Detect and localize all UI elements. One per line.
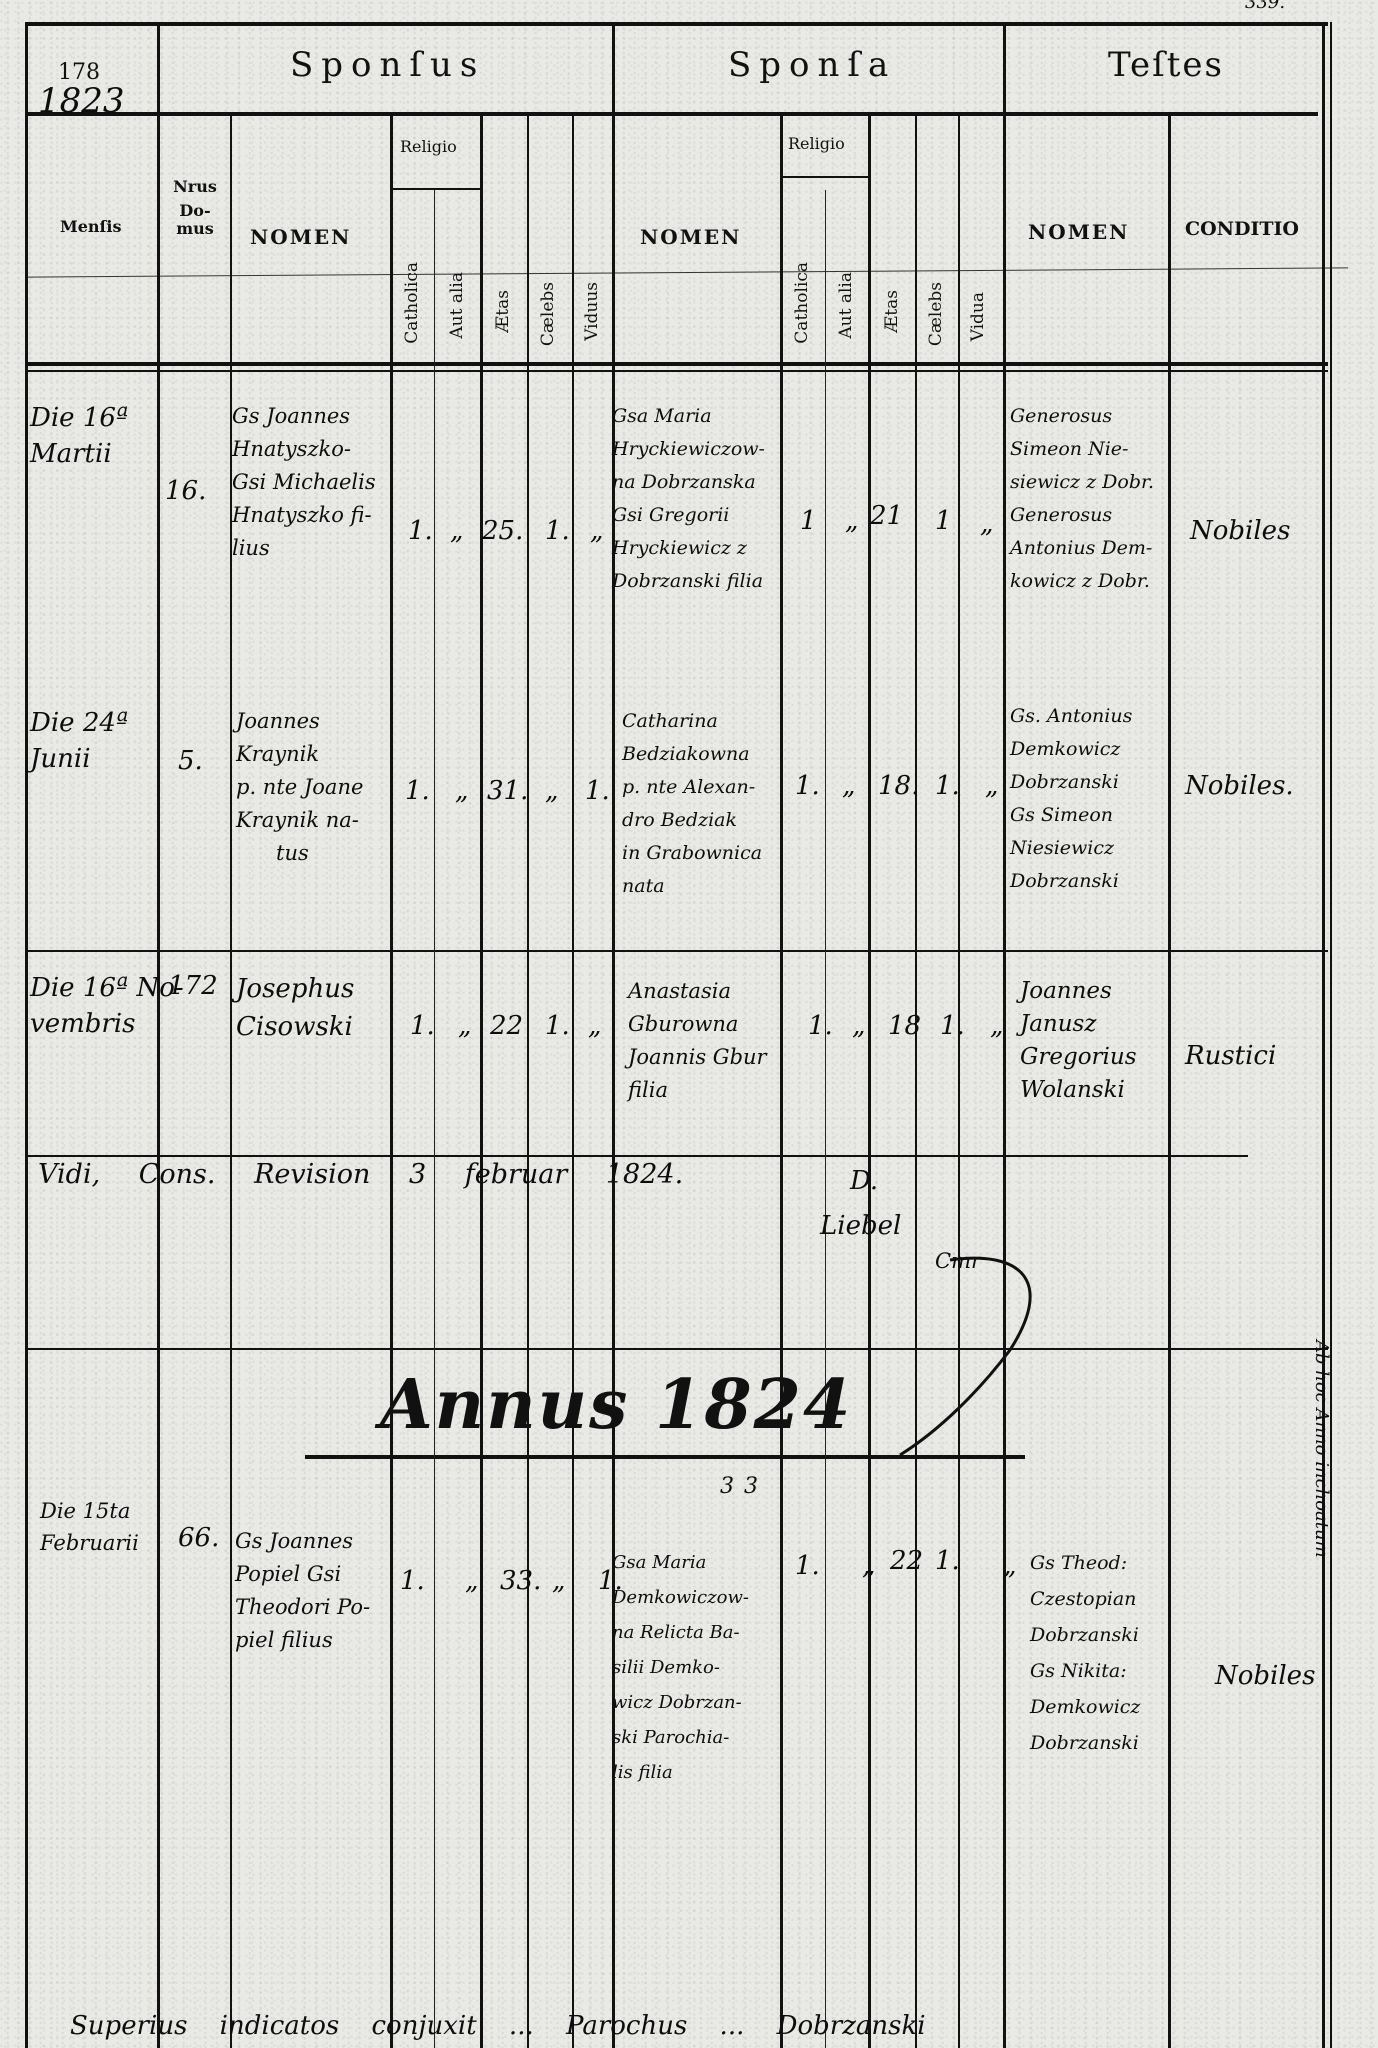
sponsus-caelebs: „: [545, 775, 558, 808]
line: Gs Simeon: [1010, 799, 1132, 832]
entry-mensis: Die 16ª No- vembris: [30, 970, 184, 1042]
line: Gsi Gregorii: [612, 499, 765, 532]
sponsus-catholica: 1.: [408, 515, 433, 548]
right-border: [1322, 22, 1325, 2048]
line: Demkowicz: [1010, 733, 1132, 766]
sponsus-aut-alia: „: [450, 515, 463, 548]
line: Dobrzanski: [1010, 766, 1132, 799]
sponsa-caelebs-right: [958, 112, 960, 2048]
signature-name: Liebel: [820, 1210, 901, 1243]
entry-month: Martii: [30, 436, 128, 472]
sponsus-caelebs: 1.: [545, 515, 570, 548]
sponsus-catholica: 1.: [410, 1010, 435, 1043]
sponsa-catholica: 1: [800, 505, 817, 538]
col-conditio: CONDITIO: [1185, 218, 1299, 240]
sponsa-aut-alia: „: [842, 770, 855, 803]
line: filia: [628, 1074, 767, 1107]
line: Joannes: [236, 705, 363, 738]
line: p. nte Joane: [236, 771, 363, 804]
line: ski Parochia-: [612, 1720, 749, 1755]
entry-testes-nomen: Generosus Simeon Nie- siewicz z Dobr. Ge…: [1010, 400, 1154, 598]
entry-day: Die 15ta: [40, 1495, 139, 1527]
sponsa-aetas: 18: [888, 1010, 921, 1043]
section-sponsa: Sponſa: [728, 45, 896, 85]
line: Gregorius: [1020, 1041, 1137, 1074]
col-sponsus-aut-alia: Aut alia: [447, 272, 467, 339]
row-divider-3: [28, 1348, 1328, 1350]
col-testes-nomen: NOMEN: [1028, 220, 1129, 244]
col-sponsa-aut-alia: Aut alia: [836, 272, 856, 339]
line: lius: [232, 532, 376, 565]
col-domus-2: mus: [170, 220, 220, 238]
line: Antonius Dem-: [1010, 532, 1154, 565]
col-religio-sponsa: Religio: [788, 134, 845, 153]
sponsa-catholica: 1.: [795, 770, 820, 803]
sponsus-viduus: „: [588, 1010, 601, 1043]
entry-day: Die 16ª No-: [30, 970, 184, 1006]
line: in Grabownica: [622, 837, 762, 870]
line: Gsa Maria: [612, 400, 765, 433]
entry-day: Die 24ª: [30, 705, 128, 741]
line: kowicz z Dobr.: [1010, 565, 1154, 598]
line: Cisowski: [236, 1008, 354, 1046]
sponsus-catholica: 1.: [400, 1565, 425, 1598]
sponsa-aut-alia: „: [852, 1010, 865, 1043]
col-mensis: Menſis: [60, 218, 122, 236]
sponsa-vidua: „: [1003, 1550, 1016, 1583]
sponsa-catholica: 1.: [808, 1010, 833, 1043]
signature-flourish-icon: [880, 1240, 1070, 1460]
line: silii Demko-: [612, 1650, 749, 1685]
entry-sponsa-nomen: Gsa Maria Demkowiczow- na Relicta Ba- si…: [612, 1545, 749, 1790]
entry-sponsa-nomen: Gsa Maria Hryckiewiczow- na Dobrzanska G…: [612, 400, 765, 598]
sponsa-caelebs: 1.: [940, 1010, 965, 1043]
entry-sponsus-nomen: Joannes Kraynik p. nte Joane Kraynik na-…: [236, 705, 363, 870]
line: Gs Nikita:: [1030, 1653, 1140, 1689]
line: Gs Joannes: [232, 400, 376, 433]
sponsus-aut-alia: „: [455, 775, 468, 808]
sponsus-aut-alia: „: [465, 1565, 478, 1598]
entry-nrus-domus: 16.: [165, 475, 206, 508]
entry-sponsa-nomen: Catharina Bedziakowna p. nte Alexan- dro…: [622, 705, 762, 903]
line: Bedziakowna: [622, 738, 762, 771]
col-sponsus-caelebs: Cælebs: [538, 282, 558, 346]
line: Gsi Michaelis: [232, 466, 376, 499]
section-testes: Teſtes: [1108, 45, 1224, 85]
entry-testes-nomen: Gs. Antonius Demkowicz Dobrzanski Gs Sim…: [1010, 700, 1132, 898]
sponsa-aetas: 21: [870, 500, 903, 533]
entry-month: vembris: [30, 1006, 184, 1042]
sponsa-caelebs: 1.: [935, 1545, 960, 1578]
line: Demkowicz: [1030, 1689, 1140, 1725]
sponsa-vidua: „: [990, 1010, 1003, 1043]
line: Gsa Maria: [612, 1545, 749, 1580]
line: wicz Dobrzan-: [612, 1685, 749, 1720]
entry-sponsus-nomen: Josephus Cisowski: [236, 970, 354, 1046]
year-heading-1824: Annus 1824: [380, 1365, 852, 1445]
line: piel filius: [235, 1624, 370, 1657]
top-rule: [28, 22, 1328, 26]
sponsa-aut-alia: „: [862, 1550, 875, 1583]
col-sponsa-catholica: Catholica: [792, 262, 812, 344]
line: Joannis Gbur: [628, 1041, 767, 1074]
col-sponsa-nomen: NOMEN: [640, 225, 741, 249]
line: Gs Theod:: [1030, 1545, 1140, 1581]
left-border: [25, 22, 28, 2048]
entry-mensis: Die 15ta Februarii: [40, 1495, 139, 1559]
col-nrus: Nrus: [170, 178, 220, 196]
col-cath-right: [434, 190, 435, 2048]
entry-nrus-domus: 5.: [178, 745, 203, 778]
sponsa-cath-right: [825, 190, 826, 2048]
entry-month: Junii: [30, 741, 128, 777]
line: Generosus: [1010, 499, 1154, 532]
signature-initial: D.: [850, 1165, 878, 1198]
sponsus-aetas: 25.: [482, 515, 523, 548]
line: Wolanski: [1020, 1074, 1137, 1107]
col-aetas-right: [527, 112, 529, 2048]
entry-conditio: Nobiles: [1215, 1660, 1315, 1693]
entry-sponsus-nomen: Gs Joannes Hnatyszko- Gsi Michaelis Hnat…: [232, 400, 376, 565]
footer-fragment: Superius indicatos conjuxit ... Parochus…: [70, 2010, 926, 2043]
revision-text: Vidi, Cons. Revision 3 februar 1824.: [38, 1158, 683, 1191]
col-sponsus-catholica: Catholica: [402, 262, 422, 344]
sponsa-aetas: 18.: [878, 770, 919, 803]
margin-note: Ab hoc Anno inchoatum: [1305, 1340, 1338, 1558]
col-nomen-right: [390, 112, 393, 2048]
entry-mensis: Die 24ª Junii: [30, 705, 128, 777]
col-sponsus-nomen: NOMEN: [250, 225, 351, 249]
entry-conditio: Rustici: [1185, 1040, 1276, 1073]
sponsus-catholica: 1.: [405, 775, 430, 808]
sponsus-aetas: 33.: [500, 1565, 541, 1598]
header-bottom-rule-2: [28, 370, 1328, 372]
col-caelebs-right: [572, 112, 574, 2048]
faint-rule: [28, 267, 1348, 277]
entry-nrus-domus: 172: [168, 970, 218, 1003]
page-number-1824: 33: [720, 1470, 768, 1503]
line: Simeon Nie-: [1010, 433, 1154, 466]
line: Joannes: [1020, 975, 1137, 1008]
entry-testes-nomen: Gs Theod: Czestopian Dobrzanski Gs Nikit…: [1030, 1545, 1140, 1761]
testes-nomen-right: [1168, 112, 1171, 2048]
sponsa-caelebs: 1: [935, 505, 952, 538]
sponsa-vidua: „: [980, 508, 993, 541]
line: Czestopian: [1030, 1581, 1140, 1617]
right-border-2: [1330, 22, 1332, 2048]
line: siewicz z Dobr.: [1010, 466, 1154, 499]
line: Niesiewicz: [1010, 832, 1132, 865]
col-domus-1: Do-: [170, 202, 220, 220]
line: Dobrzanski: [1030, 1725, 1140, 1761]
line: lis filia: [612, 1755, 749, 1790]
row-divider-2: [28, 1155, 1248, 1157]
line: Popiel Gsi: [235, 1558, 370, 1591]
entry-conditio: Nobiles.: [1185, 770, 1294, 803]
line: Kraynik na-: [236, 804, 363, 837]
sponsa-vidua: „: [985, 770, 998, 803]
line: Gs Joannes: [235, 1525, 370, 1558]
entry-sponsus-nomen: Gs Joannes Popiel Gsi Theodori Po- piel …: [235, 1525, 370, 1657]
sponsus-caelebs: „: [552, 1565, 565, 1598]
page-number-fragment: 339.: [1245, 0, 1285, 19]
sponsa-catholica: 1.: [795, 1550, 820, 1583]
sponsa-autalia-right: [868, 112, 871, 2048]
sponsa-caelebs: 1.: [935, 770, 960, 803]
religio-rule-sponsa: [782, 176, 868, 178]
line: Catharina: [622, 705, 762, 738]
year-handwritten: 1823: [38, 85, 125, 118]
line: na Dobrzanska: [612, 466, 765, 499]
sponsa-aut-alia: „: [845, 505, 858, 538]
col-religio-sponsus: Religio: [400, 137, 457, 156]
line: dro Bedziak: [622, 804, 762, 837]
entry-testes-nomen: Joannes Janusz Gregorius Wolanski: [1020, 975, 1137, 1107]
line: Generosus: [1010, 400, 1154, 433]
line: Dobrzanski: [1010, 865, 1132, 898]
col-sponsa-aetas: Ætas: [882, 290, 902, 333]
entry-month: Februarii: [40, 1527, 139, 1559]
sponsus-aut-alia: „: [458, 1010, 471, 1043]
religio-rule-sponsus: [392, 188, 480, 190]
entry-day: Die 16ª: [30, 400, 128, 436]
entry-nrus-domus: 66.: [178, 1522, 219, 1555]
sponsa-aetas: 22: [890, 1545, 923, 1578]
line: Janusz: [1020, 1008, 1137, 1041]
sponsus-viduus: 1.: [585, 775, 610, 808]
sponsa-nomen-right: [780, 112, 783, 2048]
header-bottom-rule: [28, 362, 1328, 366]
entry-mensis: Die 16ª Martii: [30, 400, 128, 472]
line: tus: [236, 837, 363, 870]
line: Dobrzanski filia: [612, 565, 765, 598]
line: Hryckiewicz z: [612, 532, 765, 565]
line: Gs. Antonius: [1010, 700, 1132, 733]
line: Anastasia: [628, 975, 767, 1008]
entry-sponsa-nomen: Anastasia Gburowna Joannis Gbur filia: [628, 975, 767, 1107]
section-sponsus: Sponſus: [290, 45, 485, 85]
line: Josephus: [236, 970, 354, 1008]
col-nrus-domus: Nrus Do- mus: [170, 178, 220, 238]
sponsa-aetas-right: [915, 112, 917, 2048]
col-sponsus-aetas: Ætas: [493, 290, 513, 333]
sponsus-aetas: 31.: [487, 775, 528, 808]
line: Hnatyszko-: [232, 433, 376, 466]
sponsus-caelebs: 1.: [545, 1010, 570, 1043]
line: Hnatyszko fi-: [232, 499, 376, 532]
line: Hryckiewiczow-: [612, 433, 765, 466]
col-sponsus-viduus: Viduus: [582, 282, 602, 341]
line: Demkowiczow-: [612, 1580, 749, 1615]
entry-conditio: Nobiles: [1190, 515, 1290, 548]
line: na Relicta Ba-: [612, 1615, 749, 1650]
col-autalia-right: [480, 112, 483, 2048]
col-sponsa-caelebs: Cælebs: [926, 282, 946, 346]
line: nata: [622, 870, 762, 903]
line: Kraynik: [236, 738, 363, 771]
line: Dobrzanski: [1030, 1617, 1140, 1653]
line: p. nte Alexan-: [622, 771, 762, 804]
line: Gburowna: [628, 1008, 767, 1041]
sponsus-aetas: 22: [490, 1010, 523, 1043]
sponsus-viduus: „: [590, 515, 603, 548]
line: Theodori Po-: [235, 1591, 370, 1624]
section-rule: [28, 112, 1318, 116]
row-divider-1: [28, 950, 1328, 952]
col-sponsa-vidua: Vidua: [968, 292, 988, 341]
